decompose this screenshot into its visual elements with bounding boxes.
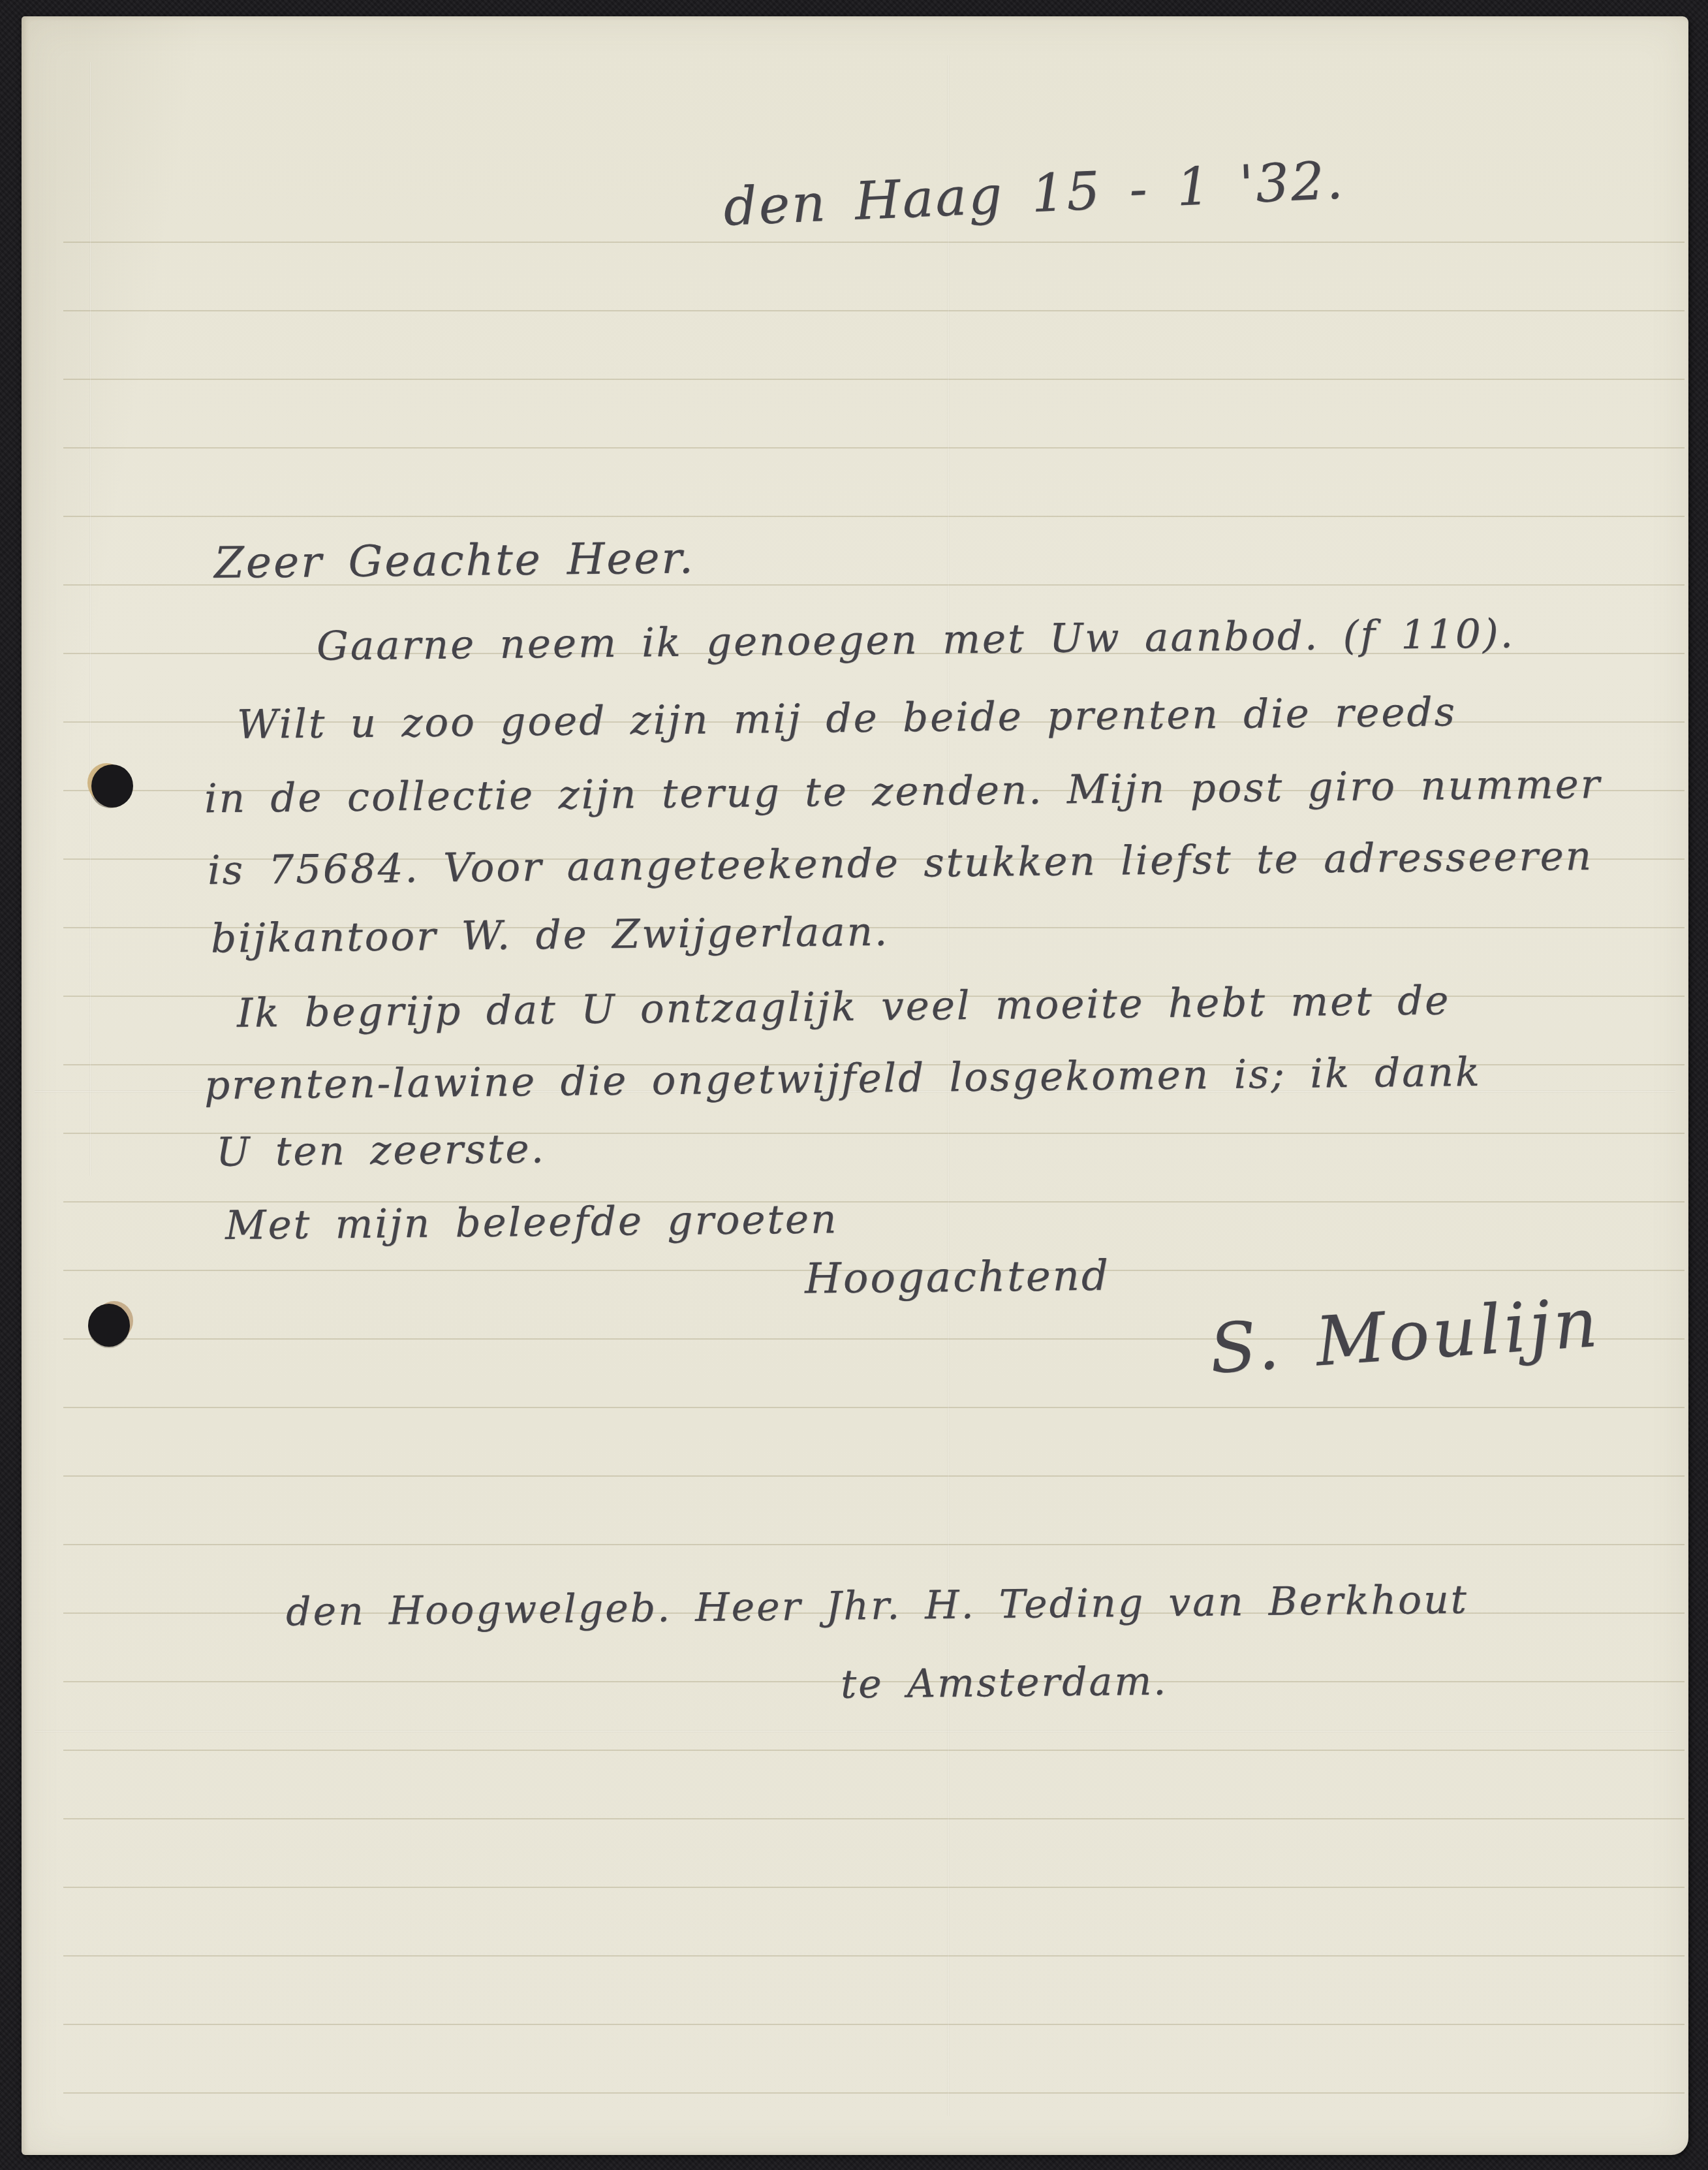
body-line: U ten zeerste. [216, 1125, 546, 1175]
valediction: Hoogachtend [805, 1252, 1111, 1304]
body-line: Gaarne neem ik genoegen met Uw aanbod. (… [317, 610, 1515, 669]
body-line: prenten-lawine die ongetwijfeld losgekom… [204, 1049, 1482, 1109]
punch-hole-top [91, 764, 133, 808]
body-line: Wilt u zoo goed zijn mij de beide prente… [237, 689, 1457, 748]
salutation: Zeer Geachte Heer. [214, 533, 695, 588]
body-line: bijkantoor W. de Zwijgerlaan. [211, 909, 890, 962]
dateline: den Haag 15 - 1 '32. [722, 149, 1346, 237]
body-line: Ik begrijp dat U ontzaglijk veel moeite … [237, 977, 1451, 1036]
horizontal-fold-crease-lower [35, 1730, 1675, 1733]
letter-paper: den Haag 15 - 1 '32. Zeer Geachte Heer. … [22, 16, 1688, 2155]
punch-hole-bottom [88, 1304, 130, 1347]
signature: S. Moulijn [1207, 1282, 1603, 1389]
body-line: Met mijn beleefde groeten [225, 1196, 839, 1249]
body-line: is 75684. Voor aangeteekende stukken lie… [208, 833, 1594, 894]
recipient-address-line-2: te Amsterdam. [841, 1658, 1168, 1707]
recipient-address-line-1: den Hoogwelgeb. Heer Jhr. H. Teding van … [286, 1577, 1468, 1635]
left-sheet-edge-crease [89, 62, 91, 1176]
body-line: in de collectie zijn terug te zenden. Mi… [204, 761, 1602, 822]
ruled-lines [63, 242, 1685, 2148]
